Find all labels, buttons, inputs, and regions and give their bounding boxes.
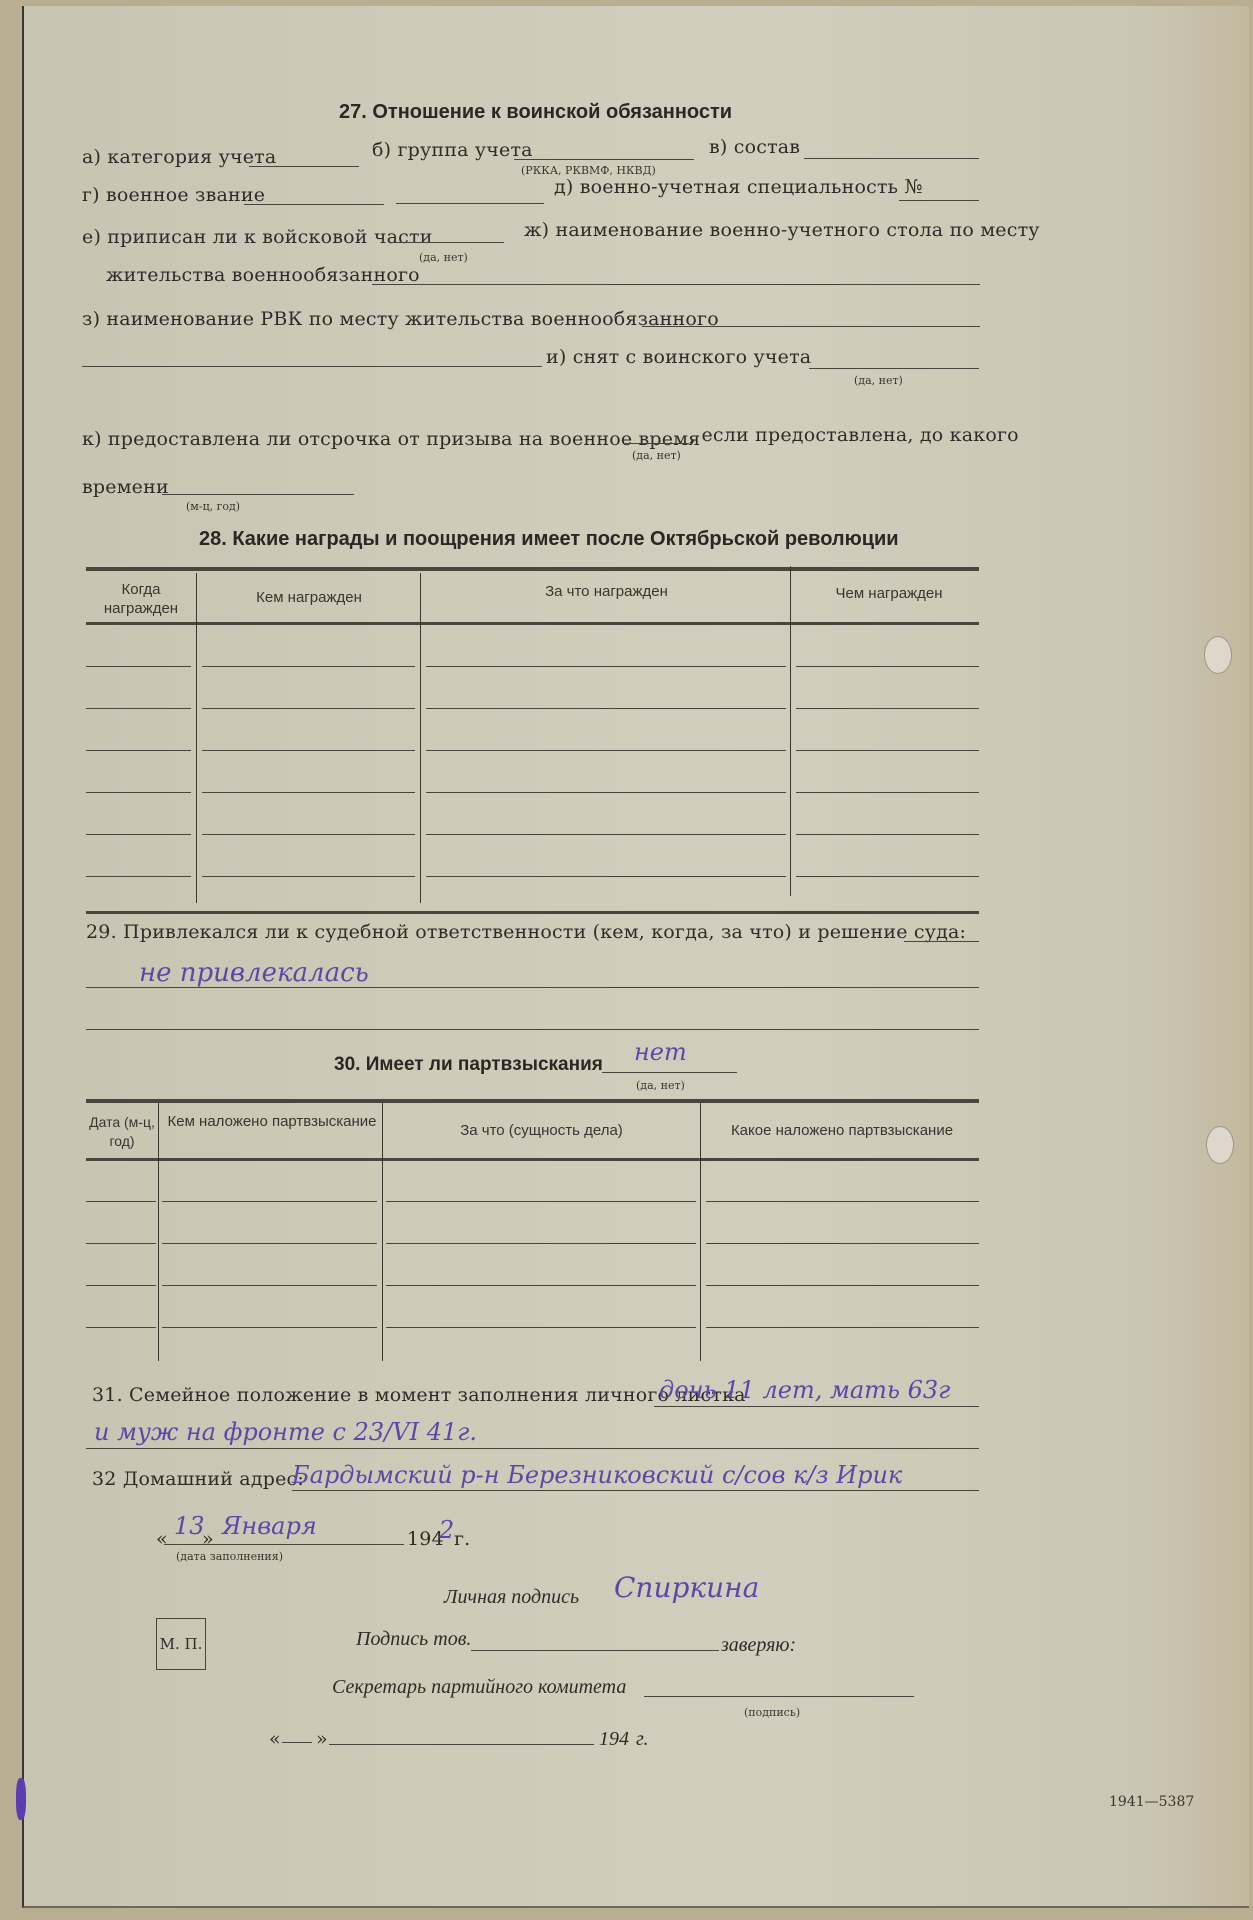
date-year-g: г. [454, 1528, 470, 1550]
court-liability-line-1 [86, 987, 979, 988]
table-row-line[interactable] [86, 750, 191, 751]
group-field[interactable] [514, 159, 694, 160]
certify-label: Подпись тов. [356, 1628, 471, 1651]
table-row-line[interactable] [386, 1243, 696, 1244]
col-header-reason: За что (сущность дела) [384, 1121, 699, 1140]
date-close-quote: » [202, 1528, 214, 1550]
certify-field[interactable] [471, 1650, 719, 1651]
signature-label: Личная подпись [444, 1586, 579, 1609]
certify-date-open: « [269, 1728, 281, 1750]
secretary-signature-field[interactable] [644, 1696, 914, 1697]
family-status-label: 31. Семейное положение в момент заполнен… [92, 1384, 746, 1406]
table-row-line[interactable] [86, 1285, 156, 1286]
composition-field[interactable] [804, 158, 979, 159]
table-row-line[interactable] [202, 834, 415, 835]
table-bottom-border [86, 911, 979, 914]
deregistered-field[interactable] [809, 368, 979, 369]
table-row-line[interactable] [162, 1327, 377, 1328]
col-divider [382, 1103, 383, 1361]
table-row-line[interactable] [386, 1201, 696, 1202]
table-row-line[interactable] [426, 834, 786, 835]
col-header-for-what: За что награжден [424, 582, 789, 601]
court-liability-label: 29. Привлекался ли к судебной ответствен… [86, 921, 966, 943]
date-field [164, 1544, 404, 1545]
table-row-line[interactable] [796, 666, 979, 667]
rvk-field-2[interactable] [82, 366, 542, 367]
family-status-line-2 [86, 1448, 979, 1449]
section-27-title: 27. Отношение к воинской обязанности [339, 101, 732, 124]
registration-desk-label: ж) наименование военно-учетного стола по… [524, 219, 1040, 241]
family-status-field [654, 1406, 979, 1407]
deregistered-hint: (да, нет) [854, 374, 903, 387]
table-row-line[interactable] [386, 1285, 696, 1286]
party-penalties-answer[interactable]: нет [634, 1038, 687, 1066]
home-address-field [292, 1490, 979, 1491]
deregistered-label: и) снят с воинского учета [546, 346, 811, 368]
binder-hole [1206, 1126, 1234, 1164]
date-hint: (дата заполнения) [176, 1550, 283, 1563]
col-header-award: Чем награжден [794, 584, 984, 603]
composition-label: в) состав [709, 136, 800, 158]
col-divider [196, 573, 197, 903]
stamp-label: М. П. [160, 1635, 203, 1653]
table-header-border [86, 1158, 979, 1161]
home-address-answer[interactable]: Бардымский р-н Березниковский с/сов к/з … [292, 1461, 902, 1489]
assigned-unit-field[interactable] [396, 242, 504, 243]
table-row-line[interactable] [86, 834, 191, 835]
table-top-border [86, 567, 979, 571]
table-row-line[interactable] [162, 1201, 377, 1202]
table-row-line[interactable] [86, 1327, 156, 1328]
family-status-answer-2[interactable]: и муж на фронте с 23/VI 41г. [94, 1418, 477, 1446]
deferment-time-field[interactable] [162, 494, 354, 495]
col-divider [790, 566, 791, 896]
secretary-hint: (подпись) [744, 1706, 800, 1719]
table-row-line[interactable] [426, 876, 786, 877]
table-row-line[interactable] [202, 792, 415, 793]
table-row-line[interactable] [202, 876, 415, 877]
table-row-line[interactable] [796, 834, 979, 835]
col-header-penalty-type: Какое наложено партвзыскание [702, 1121, 982, 1140]
military-rank-field-2[interactable] [396, 203, 544, 204]
certify-date-close: » [316, 1728, 328, 1750]
deferment-label-cont: , если предоставлена, до какого [689, 424, 1019, 446]
date-month[interactable]: Января [222, 1512, 317, 1540]
rvk-label: з) наименование РВК по месту жительства … [82, 308, 719, 330]
signature-value[interactable]: Спиркина [614, 1571, 759, 1604]
table-row-line[interactable] [86, 1243, 156, 1244]
print-code: 1941—5387 [1109, 1794, 1194, 1810]
binder-hole [1204, 636, 1232, 674]
table-row-line[interactable] [202, 708, 415, 709]
category-field[interactable] [249, 166, 359, 167]
table-row-line[interactable] [426, 708, 786, 709]
deferment-hint: (да, нет) [632, 449, 681, 462]
section-28-title: 28. Какие награды и поощрения имеет посл… [199, 528, 899, 551]
date-open-quote: « [156, 1528, 168, 1550]
category-label: а) категория учета [82, 146, 276, 168]
court-liability-answer[interactable]: не привлекалась [139, 958, 369, 988]
assigned-unit-hint: (да, нет) [419, 251, 468, 264]
date-year-suffix[interactable]: 2 [439, 1516, 454, 1544]
col-header-date: Дата (м-ц, год) [86, 1113, 158, 1151]
military-rank-label: г) военное звание [82, 184, 265, 206]
stamp-box: М. П. [156, 1618, 206, 1670]
table-row-line[interactable] [86, 792, 191, 793]
table-row-line[interactable] [162, 1243, 377, 1244]
court-liability-field[interactable] [904, 941, 979, 942]
table-row-line[interactable] [202, 750, 415, 751]
col-divider [420, 573, 421, 903]
table-row-line[interactable] [706, 1243, 979, 1244]
deferment-time-hint: (м-ц, год) [186, 500, 240, 513]
secretary-label: Секретарь партийного комитета [332, 1676, 626, 1699]
table-row-line[interactable] [706, 1327, 979, 1328]
col-divider [700, 1103, 701, 1361]
certify-month-field[interactable] [329, 1744, 594, 1745]
certify-day-field[interactable] [282, 1742, 312, 1743]
certify-year-g: г. [636, 1728, 649, 1751]
specialty-label: д) военно-учетная специальность № [554, 176, 923, 198]
certify-year: 194 [599, 1728, 629, 1751]
table-row-line[interactable] [426, 666, 786, 667]
table-header-border [86, 622, 979, 625]
table-row-line[interactable] [426, 750, 786, 751]
table-row-line[interactable] [796, 876, 979, 877]
document-page: 27. Отношение к воинской обязанности а) … [22, 6, 1249, 1908]
certify-suffix: заверяю: [721, 1634, 796, 1657]
table-top-border [86, 1099, 979, 1103]
table-row-line[interactable] [796, 708, 979, 709]
deferment-field[interactable] [624, 443, 689, 444]
table-row-line[interactable] [86, 1201, 156, 1202]
date-day[interactable]: 13 [174, 1512, 205, 1540]
table-row-line[interactable] [86, 708, 191, 709]
table-row-line[interactable] [162, 1285, 377, 1286]
table-row-line[interactable] [706, 1201, 979, 1202]
table-row-line[interactable] [796, 792, 979, 793]
table-row-line[interactable] [86, 666, 191, 667]
military-rank-field[interactable] [244, 204, 384, 205]
table-row-line[interactable] [796, 750, 979, 751]
assigned-unit-label: е) приписан ли к войсковой части [82, 226, 433, 248]
court-liability-line-2 [86, 1029, 979, 1030]
rvk-field[interactable] [642, 326, 980, 327]
family-status-answer-1[interactable]: дочь 11 лет, мать 63г [659, 1376, 950, 1404]
party-penalties-label: 30. Имеет ли партвзыскания [334, 1054, 603, 1076]
specialty-field[interactable] [899, 200, 979, 201]
col-divider [158, 1103, 159, 1361]
registration-desk-field[interactable] [372, 284, 980, 285]
table-row-line[interactable] [706, 1285, 979, 1286]
party-penalties-field[interactable] [602, 1072, 737, 1073]
home-address-label: 32 Домашний адрес: [92, 1468, 304, 1490]
table-row-line[interactable] [202, 666, 415, 667]
col-header-when: Когда награжден [86, 580, 196, 618]
registration-desk-label-cont: жительства военнообязанного [106, 264, 420, 286]
table-row-line[interactable] [86, 876, 191, 877]
col-header-by-whom: Кем награжден [199, 588, 419, 607]
group-label: б) группа учета [372, 139, 533, 161]
deferment-time-label: времени [82, 476, 169, 498]
deferment-label: к) предоставлена ли отсрочка от призыва … [82, 428, 700, 450]
table-row-line[interactable] [426, 792, 786, 793]
col-header-imposed-by: Кем наложено партвзыскание [162, 1112, 382, 1131]
ink-mark [16, 1778, 26, 1820]
table-row-line[interactable] [386, 1327, 696, 1328]
party-penalties-hint: (да, нет) [636, 1079, 685, 1092]
